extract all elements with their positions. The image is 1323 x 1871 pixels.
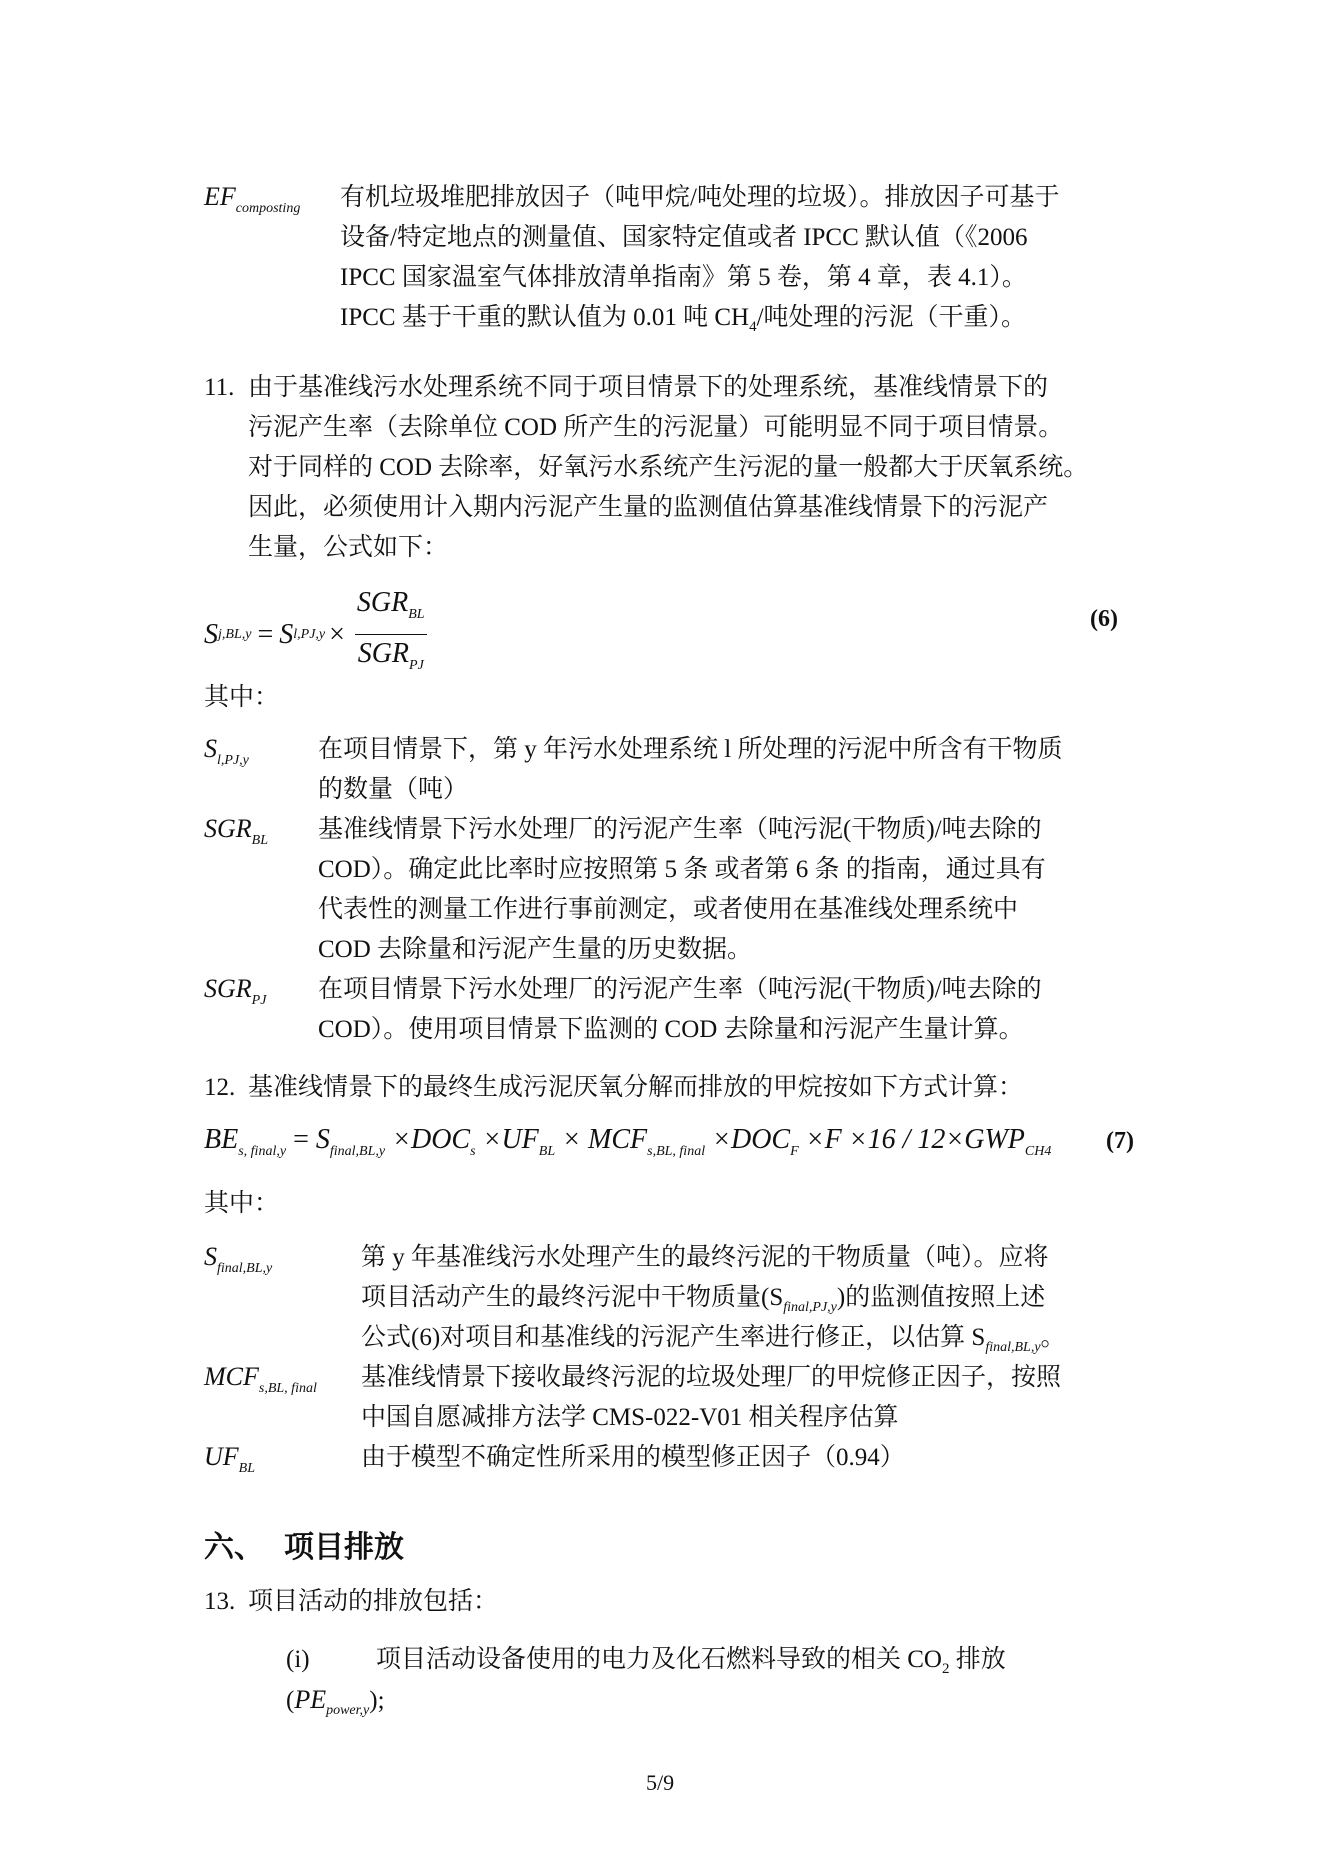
symbol-main: S bbox=[204, 734, 217, 763]
symbol-sub: PJ bbox=[252, 993, 267, 1008]
eq-operator: = bbox=[257, 619, 273, 651]
eq-term: ×F ×16 / 12×GWP bbox=[799, 1124, 1025, 1155]
paren: ); bbox=[369, 1687, 384, 1714]
def-uf-line: 由于模型不确定性所采用的模型修正因子（0.94） bbox=[361, 1438, 905, 1478]
symbol-uf-bl: UFBL bbox=[204, 1442, 255, 1477]
eq-term: ×DOC bbox=[705, 1124, 790, 1155]
eq-term: SGR bbox=[357, 587, 408, 618]
def-s-l-pj-y-line-1: 在项目情景下，第 y 年污水处理系统 l 所处理的污泥中所含有干物质 bbox=[318, 730, 1062, 770]
text: IPCC 基于干重的默认值为 0.01 吨 CH bbox=[340, 304, 749, 331]
eq-term: × MCF bbox=[555, 1124, 647, 1155]
symbol-ef-composting: EFcomposting bbox=[204, 182, 300, 217]
para-11-line-1: 由于基准线污水处理系统不同于项目情景下的处理系统，基准线情景下的 bbox=[248, 368, 1048, 408]
para-13-number: 13. bbox=[204, 1582, 235, 1622]
symbol-mcf-s-bl-final: MCFs,BL, final bbox=[204, 1362, 317, 1397]
eq-sub: CH4 bbox=[1025, 1144, 1051, 1159]
para-11-line-3: 对于同样的 COD 去除率，好氧污水系统产生污泥的量一般都大于厌氧系统。 bbox=[248, 448, 1088, 488]
ef-def-line-3: IPCC 国家温室气体排放清单指南》第 5 卷，第 4 章，表 4.1）。 bbox=[340, 258, 1027, 298]
eq-term: ×DOC bbox=[385, 1124, 470, 1155]
def-mcf-line-1: 基准线情景下接收最终污泥的垃圾处理厂的甲烷修正因子，按照 bbox=[361, 1358, 1061, 1398]
def-s-final-line-1: 第 y 年基准线污水处理产生的最终污泥的干物质量（吨）。应将 bbox=[361, 1238, 1049, 1278]
eq-term: S bbox=[316, 1124, 330, 1155]
fraction: SGRBL SGRPJ bbox=[355, 586, 427, 683]
eq-sub: F bbox=[790, 1144, 799, 1159]
symbol-sub: l,PJ,y bbox=[217, 753, 249, 768]
symbol-sub: BL bbox=[252, 833, 268, 848]
equation-7: BEs, final,y = Sfinal,BL,y ×DOCs ×UFBL ×… bbox=[204, 1124, 1051, 1160]
eq-sub: l,PJ,y bbox=[293, 627, 325, 643]
symbol-sub: final,BL,y bbox=[217, 1261, 272, 1276]
text: 项目活动产生的最终污泥中干物质量(S bbox=[361, 1284, 783, 1311]
document-page: EFcomposting 有机垃圾堆肥排放因子（吨甲烷/吨处理的垃圾）。排放因子… bbox=[0, 0, 1323, 1871]
eq-sub: s,BL, final bbox=[647, 1144, 705, 1159]
eq-sub: final,BL,y bbox=[330, 1144, 385, 1159]
ef-def-line-4: IPCC 基于干重的默认值为 0.01 吨 CH4/吨处理的污泥（干重）。 bbox=[340, 298, 1026, 347]
item-i-symbol-line: (PEpower,y); bbox=[286, 1680, 385, 1731]
eq-term: BE bbox=[204, 1124, 238, 1155]
equation-7-number: (7) bbox=[1106, 1128, 1134, 1155]
para-11-number: 11. bbox=[204, 368, 234, 408]
def-sgr-bl-line-2: COD）。确定此比率时应按照第 5 条 或者第 6 条 的指南，通过具有 bbox=[318, 850, 1046, 890]
symbol-main: SGR bbox=[204, 974, 252, 1003]
para-12-number: 12. bbox=[204, 1068, 235, 1108]
section-heading-number: 六、 bbox=[204, 1522, 264, 1566]
symbol-main: PE bbox=[294, 1685, 326, 1714]
equation-6: Sj,BL,y = Sl,PJ,y × SGRBL SGRPJ bbox=[204, 586, 427, 683]
subscript: final,PJ,y bbox=[783, 1300, 837, 1315]
text: 项目活动设备使用的电力及化石燃料导致的相关 CO bbox=[376, 1646, 942, 1673]
symbol-s-l-pj-y: Sl,PJ,y bbox=[204, 734, 249, 769]
symbol-sgr-bl: SGRBL bbox=[204, 814, 268, 849]
text: )的监测值按照上述 bbox=[837, 1284, 1045, 1311]
symbol-main: SGR bbox=[204, 814, 252, 843]
def-mcf-line-2: 中国自愿减排方法学 CMS-022-V01 相关程序估算 bbox=[361, 1398, 899, 1438]
symbol-s-final-bl-y: Sfinal,BL,y bbox=[204, 1242, 272, 1277]
def-sgr-pj-line-2: COD）。使用项目情景下监测的 COD 去除量和污泥产生量计算。 bbox=[318, 1010, 1024, 1050]
eq-term: ×UF bbox=[476, 1124, 539, 1155]
ef-def-line-1: 有机垃圾堆肥排放因子（吨甲烷/吨处理的垃圾）。排放因子可基于 bbox=[340, 178, 1059, 218]
numerator: SGRBL bbox=[355, 586, 427, 635]
denominator: SGRPJ bbox=[358, 635, 424, 683]
text: 排放 bbox=[949, 1646, 1005, 1673]
eq-term: SGR bbox=[358, 638, 409, 669]
eq-term: S bbox=[279, 619, 293, 651]
eq-sub: s, final,y bbox=[238, 1144, 286, 1159]
symbol-sub: power,y bbox=[326, 1703, 369, 1718]
text: 。 bbox=[1041, 1324, 1066, 1351]
where-label-2: 其中： bbox=[204, 1184, 279, 1224]
eq-sub: j,BL,y bbox=[218, 627, 251, 643]
subscript: final,BL,y bbox=[985, 1340, 1040, 1355]
eq-sub: PJ bbox=[409, 658, 424, 673]
symbol-main: MCF bbox=[204, 1362, 259, 1391]
symbol-sub: composting bbox=[236, 201, 301, 216]
subscript: 4 bbox=[749, 319, 757, 335]
def-sgr-bl-line-4: COD 去除量和污泥产生量的历史数据。 bbox=[318, 930, 752, 970]
symbol-main: UF bbox=[204, 1442, 239, 1471]
where-label-1: 其中： bbox=[204, 678, 279, 718]
text: 公式(6)对项目和基准线的污泥产生率进行修正，以估算 S bbox=[361, 1324, 985, 1351]
symbol-sub: s,BL, final bbox=[259, 1381, 317, 1396]
para-11-line-4: 因此，必须使用计入期内污泥产生量的监测值估算基准线情景下的污泥产 bbox=[248, 488, 1048, 528]
symbol-main: EF bbox=[204, 182, 236, 211]
def-sgr-bl-line-1: 基准线情景下污水处理厂的污泥产生率（吨污泥(干物质)/吨去除的 bbox=[318, 810, 1042, 850]
eq-sub: BL bbox=[408, 607, 424, 622]
item-i-label: (i) bbox=[286, 1640, 310, 1680]
item-i-text: 项目活动设备使用的电力及化石燃料导致的相关 CO2 排放 bbox=[376, 1640, 1006, 1689]
para-11-line-5: 生量，公式如下： bbox=[248, 528, 448, 568]
eq-term: S bbox=[204, 619, 218, 651]
def-sgr-pj-line-1: 在项目情景下污水处理厂的污泥产生率（吨污泥(干物质)/吨去除的 bbox=[318, 970, 1042, 1010]
text: /吨处理的污泥（干重）。 bbox=[757, 304, 1026, 331]
eq-operator: × bbox=[329, 619, 345, 651]
eq-sub: BL bbox=[539, 1144, 555, 1159]
equation-6-number: (6) bbox=[1090, 606, 1118, 633]
eq-operator: = bbox=[286, 1124, 316, 1155]
page-number: 5/9 bbox=[646, 1770, 674, 1796]
symbol-sub: BL bbox=[239, 1461, 255, 1476]
def-sgr-bl-line-3: 代表性的测量工作进行事前测定，或者使用在基准线处理系统中 bbox=[318, 890, 1018, 930]
para-12-text: 基准线情景下的最终生成污泥厌氧分解而排放的甲烷按如下方式计算： bbox=[248, 1068, 1023, 1108]
symbol-main: S bbox=[204, 1242, 217, 1271]
def-s-l-pj-y-line-2: 的数量（吨） bbox=[318, 770, 468, 810]
para-11-line-2: 污泥产生率（去除单位 COD 所产生的污泥量）可能明显不同于项目情景。 bbox=[248, 408, 1063, 448]
section-heading-title: 项目排放 bbox=[284, 1522, 404, 1566]
ef-def-line-2: 设备/特定地点的测量值、国家特定值或者 IPCC 默认值（《2006 bbox=[340, 218, 1028, 258]
symbol-sgr-pj: SGRPJ bbox=[204, 974, 266, 1009]
para-13-text: 项目活动的排放包括： bbox=[248, 1582, 498, 1622]
